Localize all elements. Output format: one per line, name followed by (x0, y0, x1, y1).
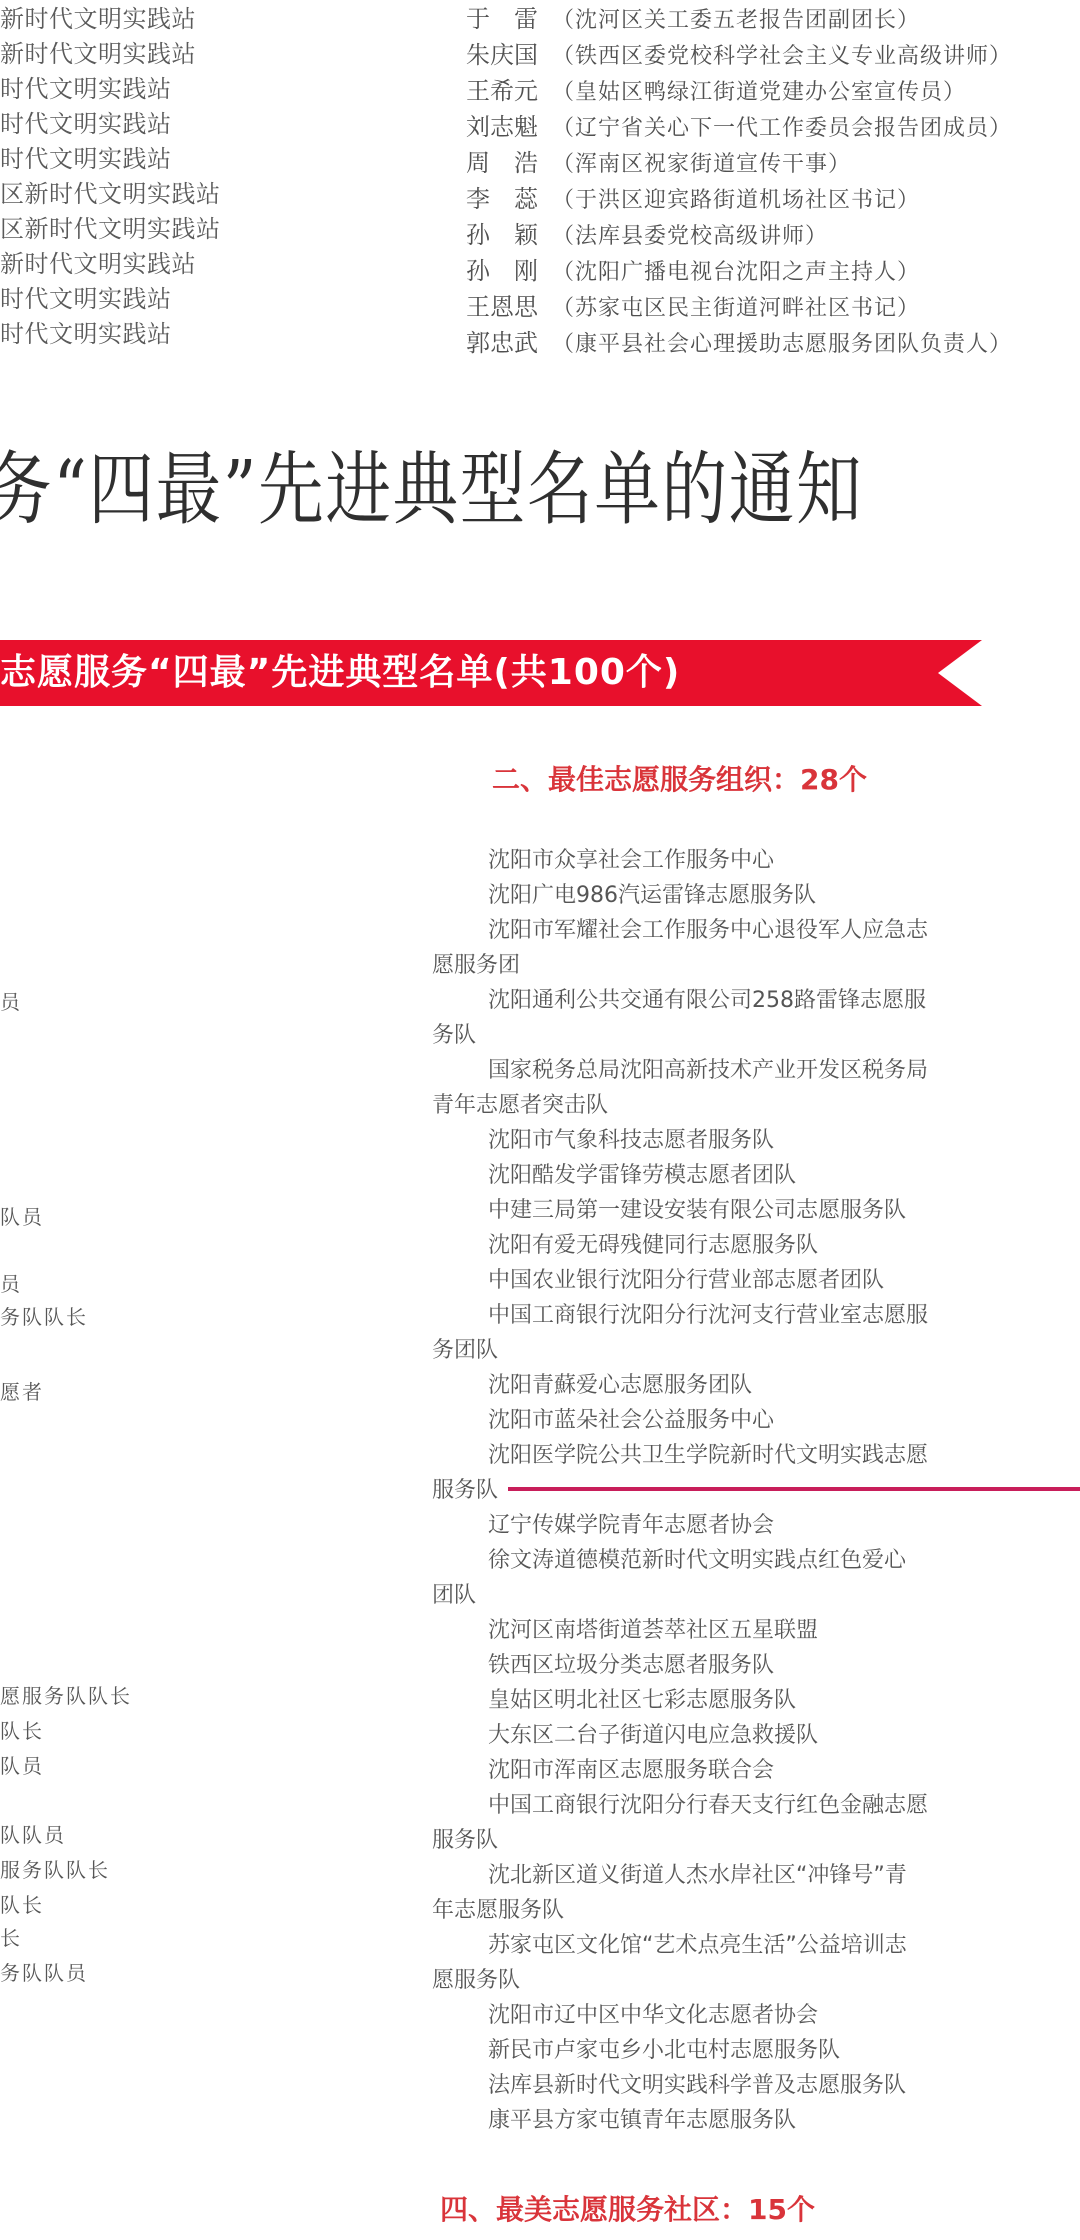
fragment-line: 新时代文明实践站 (0, 37, 221, 72)
list-item-continuation: 愿服务队 (432, 1963, 1072, 1998)
person-name: 周 浩 (466, 146, 552, 181)
divider-rule (508, 1487, 1080, 1491)
list-item: 新民市卢家屯乡小北屯村志愿服务队 (432, 2033, 1072, 2068)
left-fragment: 长 (0, 1921, 22, 1956)
fragment-line: 区新时代文明实践站 (0, 177, 221, 212)
list-item: 沈阳市气象科技志愿者服务队 (432, 1123, 1072, 1158)
left-fragment: 务队队员 (0, 1956, 88, 1991)
page-headline: 务“四最”先进典型名单的通知 (0, 440, 863, 540)
person-title: （辽宁省关心下一代工作委员会报告团成员） (552, 116, 1012, 141)
list-item: 法库县新时代文明实践科学普及志愿服务队 (432, 2068, 1072, 2103)
person-name: 刘志魁 (466, 110, 552, 145)
left-fragment: 员 (0, 985, 22, 1020)
list-item: 沈阳酷发学雷锋劳模志愿者团队 (432, 1158, 1072, 1193)
person-title: （铁西区委党校科学社会主义专业高级讲师） (552, 44, 1012, 69)
person-name: 孙 刚 (466, 254, 552, 289)
person-title: （浑南区祝家街道宣传干事） (552, 152, 851, 177)
list-item-continuation: 务队 (432, 1018, 1072, 1053)
list-item: 中国工商银行沈阳分行沈河支行营业室志愿服 (432, 1298, 1072, 1333)
list-item-continuation: 青年志愿者突击队 (432, 1088, 1072, 1123)
person-title: （法库县委党校高级讲师） (552, 224, 828, 249)
top-left-fragments: 新时代文明实践站 新时代文明实践站 时代文明实践站 时代文明实践站 时代文明实践… (0, 2, 221, 352)
section-two-heading: 二、最佳志愿服务组织：28个 (492, 760, 867, 800)
person-row: 刘志魁（辽宁省关心下一代工作委员会报告团成员） (466, 110, 1012, 146)
list-item: 苏家屯区文化馆“艺术点亮生活”公益培训志 (432, 1928, 1072, 1963)
list-item: 辽宁传媒学院青年志愿者协会 (432, 1508, 1072, 1543)
left-fragment: 务队队长 (0, 1300, 88, 1335)
top-people-list: 于 雷（沈河区关工委五老报告团副团长） 朱庆国（铁西区委党校科学社会主义专业高级… (466, 2, 1012, 362)
left-fragment: 愿服务队队长 (0, 1679, 132, 1714)
person-title: （苏家屯区民主街道河畔社区书记） (552, 296, 920, 321)
fragment-line: 时代文明实践站 (0, 282, 221, 317)
list-item: 中建三局第一建设安装有限公司志愿服务队 (432, 1193, 1072, 1228)
person-name: 李 蕊 (466, 182, 552, 217)
list-item: 沈阳广电986汽运雷锋志愿服务队 (432, 878, 1072, 913)
left-fragment: 队队员 (0, 1818, 66, 1853)
person-title: （沈阳广播电视台沈阳之声主持人） (552, 260, 920, 285)
person-row: 于 雷（沈河区关工委五老报告团副团长） (466, 2, 1012, 38)
list-item: 沈北新区道义街道人杰水岸社区“冲锋号”青 (432, 1858, 1072, 1893)
fragment-line: 时代文明实践站 (0, 72, 221, 107)
list-item: 徐文涛道德模范新时代文明实践点红色爱心 (432, 1543, 1072, 1578)
list-item: 沈阳市浑南区志愿服务联合会 (432, 1753, 1072, 1788)
person-name: 朱庆国 (466, 38, 552, 73)
person-row: 王恩思（苏家屯区民主街道河畔社区书记） (466, 290, 1012, 326)
list-item-continuation: 年志愿服务队 (432, 1893, 1072, 1928)
list-item: 沈阳市军耀社会工作服务中心退役军人应急志 (432, 913, 1072, 948)
person-title: （沈河区关工委五老报告团副团长） (552, 8, 920, 33)
person-title: （于洪区迎宾路街道机场社区书记） (552, 188, 920, 213)
fragment-line: 新时代文明实践站 (0, 247, 221, 282)
fragment-line: 时代文明实践站 (0, 142, 221, 177)
list-item: 大东区二台子街道闪电应急救援队 (432, 1718, 1072, 1753)
list-item-continuation: 务团队 (432, 1333, 1072, 1368)
fragment-line: 时代文明实践站 (0, 317, 221, 352)
list-item: 沈阳市辽中区中华文化志愿者协会 (432, 1998, 1072, 2033)
person-name: 王希元 (466, 74, 552, 109)
person-row: 孙 刚（沈阳广播电视台沈阳之声主持人） (466, 254, 1012, 290)
fragment-line: 区新时代文明实践站 (0, 212, 221, 247)
person-name: 王恩思 (466, 290, 552, 325)
person-row: 孙 颖（法库县委党校高级讲师） (466, 218, 1012, 254)
list-item: 铁西区垃圾分类志愿者服务队 (432, 1648, 1072, 1683)
person-name: 郭忠武 (466, 326, 552, 361)
person-name: 孙 颖 (466, 218, 552, 253)
list-item: 沈阳有爱无碍残健同行志愿服务队 (432, 1228, 1072, 1263)
person-title: （皇姑区鸭绿江街道党建办公室宣传员） (552, 80, 966, 105)
list-item: 国家税务总局沈阳高新技术产业开发区税务局 (432, 1053, 1072, 1088)
person-row: 王希元（皇姑区鸭绿江街道党建办公室宣传员） (466, 74, 1012, 110)
list-item: 沈阳医学院公共卫生学院新时代文明实践志愿 (432, 1438, 1072, 1473)
left-fragment: 队长 (0, 1888, 44, 1923)
left-fragment: 队员 (0, 1749, 44, 1784)
section-four-heading: 四、最美志愿服务社区：15个 (440, 2190, 815, 2230)
person-row: 李 蕊（于洪区迎宾路街道机场社区书记） (466, 182, 1012, 218)
list-item-continuation: 服务队 (432, 1823, 1072, 1858)
left-fragment: 队长 (0, 1714, 44, 1749)
banner-title: 志愿服务“四最”先进典型名单(共100个) (0, 646, 680, 700)
left-fragment: 愿者 (0, 1375, 44, 1410)
person-row: 周 浩（浑南区祝家街道宣传干事） (466, 146, 1012, 182)
list-item: 皇姑区明北社区七彩志愿服务队 (432, 1683, 1072, 1718)
list-item-continuation: 团队 (432, 1578, 1072, 1613)
fragment-line: 新时代文明实践站 (0, 2, 221, 37)
left-fragment: 队员 (0, 1200, 44, 1235)
person-row: 郭忠武（康平县社会心理援助志愿服务团队负责人） (466, 326, 1012, 362)
list-item: 中国农业银行沈阳分行营业部志愿者团队 (432, 1263, 1072, 1298)
list-item: 康平县方家屯镇青年志愿服务队 (432, 2103, 1072, 2138)
fragment-line: 时代文明实践站 (0, 107, 221, 142)
list-item: 沈阳通利公共交通有限公司258路雷锋志愿服 (432, 983, 1072, 1018)
left-fragment: 员 (0, 1267, 22, 1302)
list-item: 沈阳市蓝朵社会公益服务中心 (432, 1403, 1072, 1438)
person-title: （康平县社会心理援助志愿服务团队负责人） (552, 332, 1012, 357)
list-item: 中国工商银行沈阳分行春天支行红色金融志愿 (432, 1788, 1072, 1823)
list-item-continuation: 愿服务团 (432, 948, 1072, 983)
list-item: 沈阳青蘇爱心志愿服务团队 (432, 1368, 1072, 1403)
list-item: 沈阳市众享社会工作服务中心 (432, 843, 1072, 878)
list-item: 沈河区南塔街道荟萃社区五星联盟 (432, 1613, 1072, 1648)
left-fragment: 服务队队长 (0, 1853, 110, 1888)
person-name: 于 雷 (466, 2, 552, 37)
person-row: 朱庆国（铁西区委党校科学社会主义专业高级讲师） (466, 38, 1012, 74)
